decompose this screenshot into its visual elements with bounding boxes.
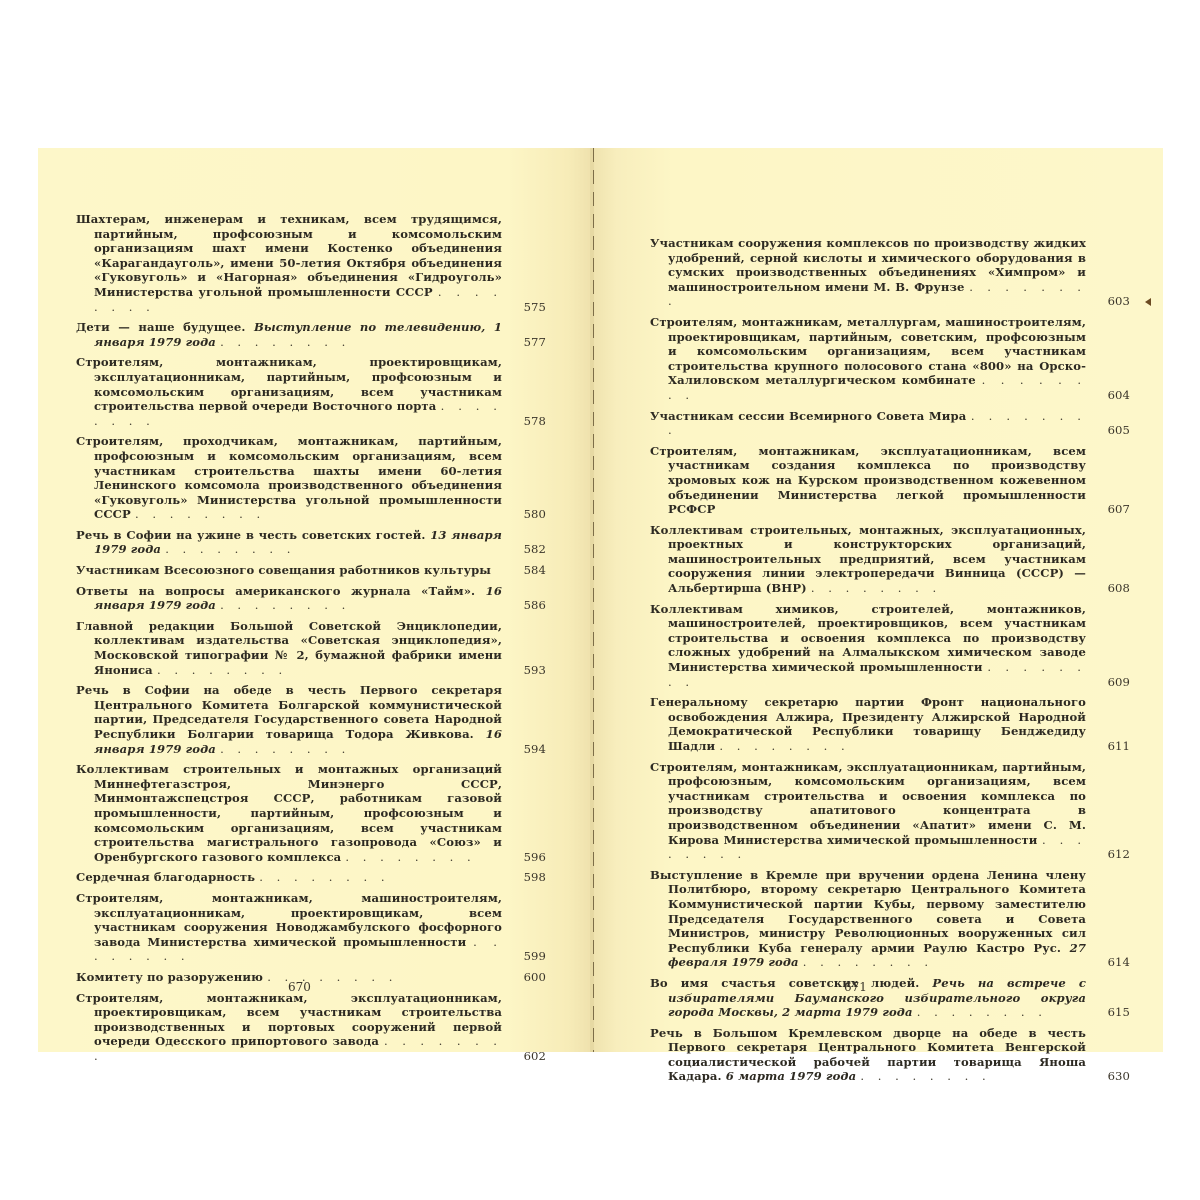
page-number: 593 (506, 663, 546, 678)
toc-entry: Во имя счастья советских людей. Речь на … (650, 976, 1130, 1020)
leader-dots: . . . . . . . . (220, 742, 350, 756)
leader-dots: . . . . . . . . (220, 598, 350, 612)
entry-title: Строителям, монтажникам, проектировщикам… (76, 355, 502, 413)
page-number: 630 (1090, 1069, 1130, 1084)
entry-title: Дети — наше будущее. (76, 320, 246, 334)
toc-entry: Участникам Всесоюзного совещания работни… (76, 563, 546, 578)
toc-entry: Речь в Софии на ужине в честь советских … (76, 528, 546, 557)
entry-title: Ответы на вопросы американского журнала … (76, 584, 475, 598)
book-spread: Шахтерам, инженерам и техникам, всем тру… (38, 148, 1163, 1052)
page-number: 575 (506, 300, 546, 315)
entry-title: Комитету по разоружению (76, 970, 263, 984)
toc-entry: Строителям, монтажникам, эксплуатационни… (650, 444, 1130, 517)
toc-entry: Коллективам строительных и монтажных орг… (76, 762, 546, 864)
page-folio-left: 670 (288, 980, 311, 994)
toc-entry: Участникам сессии Всемирного Совета Мира… (650, 409, 1130, 438)
entry-title: Речь в Софии на обеде в честь Первого се… (76, 683, 502, 741)
entry-title: Генеральному секретарю партии Фронт наци… (650, 695, 1086, 753)
leader-dots: . . . . . . . . (719, 739, 849, 753)
leader-dots: . . . . . . . . (803, 955, 933, 969)
entry-title: Речь в Софии на ужине в честь советских … (76, 528, 426, 542)
page-number: 580 (506, 507, 546, 522)
toc-entry: Строителям, монтажникам, машиностроителя… (76, 891, 546, 964)
toc-entry: Коллективам химиков, строителей, монтажн… (650, 602, 1130, 690)
entry-title: Строителям, монтажникам, машиностроителя… (76, 891, 502, 949)
entry-title: Участникам Всесоюзного совещания работни… (76, 563, 491, 577)
entry-title: Участникам сессии Всемирного Совета Мира (650, 409, 966, 423)
entry-title: Выступление в Кремле при вручении ордена… (650, 868, 1086, 955)
page-number: 599 (506, 949, 546, 964)
page-number: 604 (1090, 388, 1130, 403)
page-number: 600 (506, 970, 546, 985)
toc-entry: Строителям, монтажникам, эксплуатационни… (76, 991, 546, 1064)
toc-entry: Строителям, проходчикам, монтажникам, па… (76, 434, 546, 522)
page-number: 598 (506, 870, 546, 885)
toc-entry: Генеральному секретарю партии Фронт наци… (650, 695, 1130, 753)
toc-list-right: Участникам сооружения комплексов по прои… (650, 236, 1130, 1090)
entry-title: Сердечная благодарность (76, 870, 255, 884)
toc-entry: Строителям, монтажникам, проектировщикам… (76, 355, 546, 428)
page-number: 586 (506, 598, 546, 613)
entry-subtitle: 6 марта 1979 года (726, 1069, 856, 1083)
entry-title: Строителям, монтажникам, эксплуатационни… (650, 760, 1086, 847)
toc-entry: Коллективам строительных, монтажных, экс… (650, 523, 1130, 596)
toc-entry: Комитету по разоружению . . . . . . . . … (76, 970, 546, 985)
leader-dots: . . . . . . . . (259, 870, 389, 884)
page-number: 612 (1090, 847, 1130, 862)
entry-title: Во имя счастья советских людей. (650, 976, 919, 990)
toc-entry: Дети — наше будущее. Выступление по теле… (76, 320, 546, 349)
toc-entry: Шахтерам, инженерам и техникам, всем тру… (76, 212, 546, 314)
page-number: 584 (506, 563, 546, 578)
page-number: 577 (506, 335, 546, 350)
page-number: 615 (1090, 1005, 1130, 1020)
toc-entry: Строителям, монтажникам, эксплуатационни… (650, 760, 1130, 862)
ink-arrow-mark-icon (1145, 298, 1151, 306)
page-number: 578 (506, 414, 546, 429)
entry-title: Строителям, монтажникам, эксплуатационни… (650, 444, 1086, 516)
page-number: 602 (506, 1049, 546, 1064)
leader-dots: . . . . . . . . (267, 970, 397, 984)
leader-dots: . . . . . . . . (165, 542, 295, 556)
leader-dots: . . . . . . . . (157, 663, 287, 677)
page-number: 609 (1090, 675, 1130, 690)
page-number: 603 (1090, 294, 1130, 309)
toc-entry: Выступление в Кремле при вручении ордена… (650, 868, 1130, 970)
page-number: 611 (1090, 739, 1130, 754)
toc-entry: Главной редакции Большой Советской Энцик… (76, 619, 546, 677)
toc-entry: Речь в Софии на обеде в честь Первого се… (76, 683, 546, 756)
toc-entry: Строителям, монтажникам, металлургам, ма… (650, 315, 1130, 403)
page-number: 605 (1090, 423, 1130, 438)
toc-entry: Речь в Большом Кремлевском дворце на обе… (650, 1026, 1130, 1084)
page-number: 582 (506, 542, 546, 557)
toc-entry: Сердечная благодарность . . . . . . . . … (76, 870, 546, 885)
page-number: 607 (1090, 502, 1130, 517)
entry-title: Коллективам строительных и монтажных орг… (76, 762, 502, 864)
toc-entry: Ответы на вопросы американского журнала … (76, 584, 546, 613)
leader-dots: . . . . . . . . (917, 1005, 1047, 1019)
page-folio-right: 671 (844, 980, 867, 994)
right-page: Участникам сооружения комплексов по прои… (594, 148, 1163, 1052)
leader-dots: . . . . . . . . (345, 850, 475, 864)
left-page: Шахтерам, инженерам и техникам, всем тру… (38, 148, 590, 1052)
page-number: 608 (1090, 581, 1130, 596)
toc-list-left: Шахтерам, инженерам и техникам, всем тру… (76, 212, 546, 1069)
leader-dots: . . . . . . . . (135, 507, 265, 521)
entry-title: Главной редакции Большой Советской Энцик… (76, 619, 502, 677)
leader-dots: . . . . . . . . (860, 1069, 990, 1083)
toc-entry: Участникам сооружения комплексов по прои… (650, 236, 1130, 309)
page-number: 594 (506, 742, 546, 757)
page-number: 596 (506, 850, 546, 865)
leader-dots: . . . . . . . . (811, 581, 941, 595)
leader-dots: . . . . . . . . (220, 335, 350, 349)
page-number: 614 (1090, 955, 1130, 970)
